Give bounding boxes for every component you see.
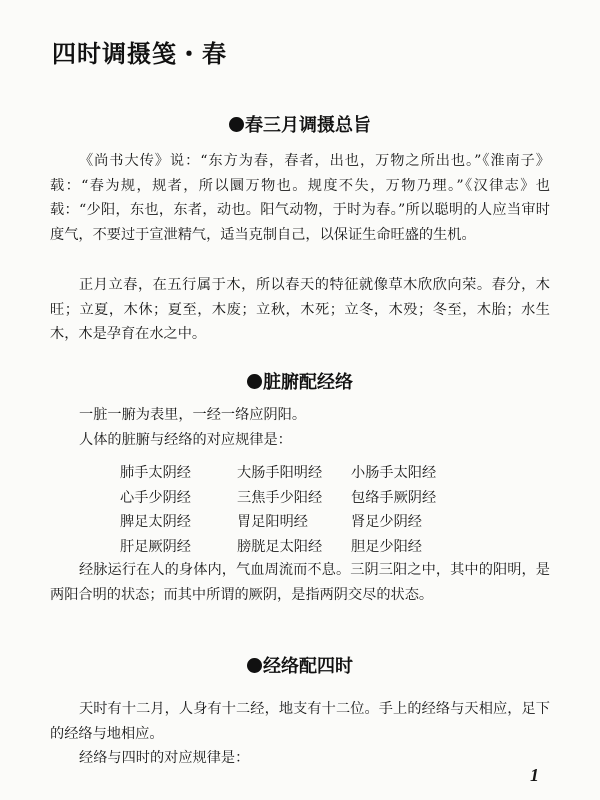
table-cell: 肝足厥阴经	[120, 535, 237, 560]
table-cell: 三焦手少阳经	[237, 486, 351, 511]
table-cell: 胆足少阳经	[351, 535, 468, 560]
paragraph: 《尚书大传》说：“东方为春，春者，出也，万物之所出也。”《淮南子》载：“春为规，…	[50, 149, 550, 247]
section-heading-spring-overview: 春三月调摄总旨	[0, 111, 600, 137]
table-cell: 包络手厥阴经	[351, 486, 468, 511]
section-heading-meridians-seasons: 经络配四时	[0, 652, 600, 678]
table-cell: 脾足太阴经	[120, 510, 237, 535]
table-cell: 大肠手阳明经	[237, 461, 351, 486]
table-cell: 肾足少阴经	[351, 510, 468, 535]
table-cell: 肺手太阴经	[120, 461, 237, 486]
table-cell: 小肠手太阳经	[351, 461, 468, 486]
paragraph: 人体的脏腑与经络的对应规律是：	[50, 428, 550, 453]
meridian-table: 肺手太阴经 大肠手阳明经 小肠手太阳经 心手少阴经 三焦手少阳经 包络手厥阴经 …	[120, 461, 468, 559]
page-number: 1	[530, 765, 539, 786]
paragraph: 正月立春，在五行属于木，所以春天的特征就像草木欣欣向荣。春分，木旺；立夏，木休；…	[50, 273, 550, 347]
bullet-dot-icon	[229, 117, 244, 132]
paragraph: 经络与四时的对应规律是：	[50, 746, 550, 771]
document-page: 四时调摄笺・春 春三月调摄总旨 《尚书大传》说：“东方为春，春者，出也，万物之所…	[0, 0, 600, 800]
section-heading-text: 脏腑配经络	[263, 372, 353, 393]
table-row: 心手少阴经 三焦手少阳经 包络手厥阴经	[120, 486, 468, 511]
paragraph: 一脏一腑为表里，一经一络应阴阳。	[50, 403, 550, 428]
table-cell: 胃足阳明经	[237, 510, 351, 535]
table-row: 肺手太阴经 大肠手阳明经 小肠手太阳经	[120, 461, 468, 486]
bullet-dot-icon	[247, 374, 262, 389]
section-heading-organs-meridians: 脏腑配经络	[0, 368, 600, 394]
section-heading-text: 经络配四时	[263, 656, 353, 677]
table-cell: 膀胱足太阳经	[237, 535, 351, 560]
table-cell: 心手少阴经	[120, 486, 237, 511]
paragraph: 经脉运行在人的身体内，气血周流而不息。三阴三阳之中，其中的阳明，是两阳合明的状态…	[50, 558, 550, 607]
section-heading-text: 春三月调摄总旨	[245, 115, 371, 136]
table-row: 脾足太阴经 胃足阳明经 肾足少阴经	[120, 510, 468, 535]
table-row: 肝足厥阴经 膀胱足太阳经 胆足少阳经	[120, 535, 468, 560]
bullet-dot-icon	[247, 658, 262, 673]
page-title: 四时调摄笺・春	[52, 34, 227, 69]
paragraph: 天时有十二月，人身有十二经，地支有十二位。手上的经络与天相应，足下的经络与地相应…	[50, 697, 550, 746]
